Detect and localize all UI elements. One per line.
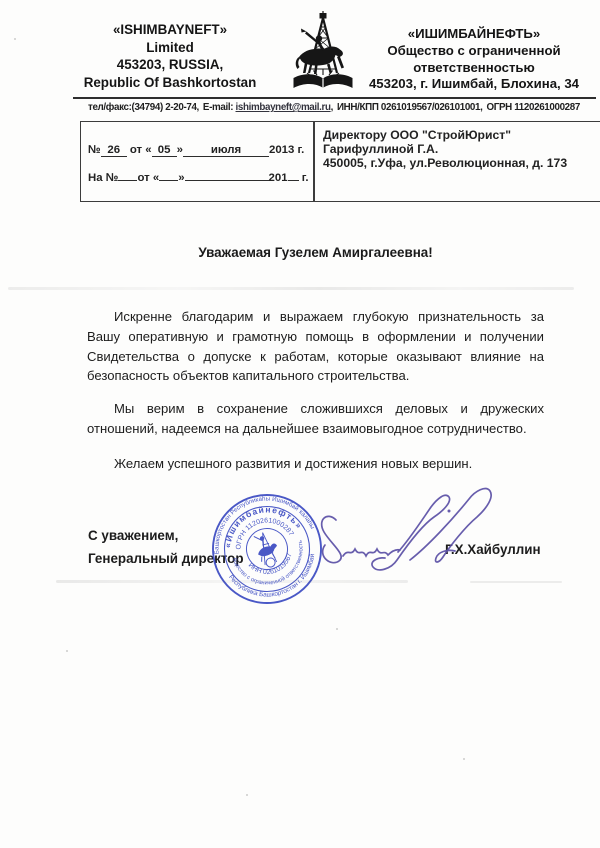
reply-month-blank (185, 180, 269, 181)
reference-requisites-box: №26 от «05»июля2013 г. На №от «»201 г. Д… (80, 121, 600, 202)
email-comma: , (331, 102, 333, 113)
email-link[interactable]: ishimbayneft@mail.ru (236, 102, 331, 113)
company-type-en: Limited (68, 39, 272, 57)
scan-smudge-artifact (470, 581, 562, 583)
scanned-letter-page: «ISHIMBAYNEFT» Limited 453203, RUSSIA, R… (0, 0, 600, 848)
scan-speckle (336, 628, 338, 630)
stamp-center-horseman-icon (253, 530, 282, 570)
incoming-number-line: На №от «»201 г. (88, 172, 309, 184)
paragraph-wishes: Желаем успешного развития и достижения н… (87, 454, 544, 474)
reply-close-quote: » (178, 172, 184, 184)
email-label: E-mail: (203, 102, 233, 113)
paragraph-gratitude: Искренне благодарим и выражаем глубокую … (87, 307, 544, 386)
scan-speckle (463, 758, 465, 760)
company-region-en: Republic Of Bashkortostan (68, 74, 272, 92)
letterhead-russian: «ИШИМБАЙНЕФТЬ» Общество с ограниченной о… (352, 26, 596, 93)
telfax-value: тел/факс:(34794) 2-20-74, (88, 102, 199, 113)
reply-year-blank (288, 180, 299, 181)
letter-body: Искренне благодарим и выражаем глубокую … (87, 307, 544, 487)
letterhead-english: «ISHIMBAYNEFT» Limited 453203, RUSSIA, R… (68, 21, 272, 91)
ogrn-value: ОГРН 1120261000287 (486, 102, 580, 113)
addressee-position: Директору ООО "СтройЮрист" (323, 129, 595, 143)
outgoing-number-line: №26 от «05»июля2013 г. (88, 144, 304, 157)
addressee-name: Гарифуллиной Г.А. (323, 143, 595, 157)
letterhead-divider-rule (73, 97, 596, 99)
outgoing-day-value: 05 (152, 144, 177, 157)
scan-speckle (14, 38, 16, 40)
company-address-ru: 453203, г. Ишимбай, Блохина, 34 (352, 76, 596, 93)
paragraph-relations: Мы верим в сохранение сложившихся деловы… (87, 399, 544, 439)
outgoing-month-value: июля (183, 144, 269, 157)
reply-day-blank (159, 180, 178, 181)
inn-kpp-value: ИНН/КПП 0261019567/026101001, (337, 102, 483, 113)
scan-smudge-artifact (56, 580, 408, 583)
reply-prefix: На № (88, 172, 118, 184)
addressee-address: 450005, г.Уфа, ул.Революционная, д. 173 (323, 157, 595, 171)
reply-year-suffix: г. (302, 172, 309, 184)
reply-from-label: от « (137, 172, 159, 184)
handwritten-signature-icon (315, 482, 515, 577)
scan-speckle (66, 650, 68, 652)
company-type-ru-1: Общество с ограниченной (352, 43, 596, 60)
reference-box-divider (313, 122, 315, 201)
from-label: от « (130, 144, 152, 156)
company-zip-en: 453203, RUSSIA, (68, 56, 272, 74)
open-book-base (294, 70, 353, 89)
scan-speckle (246, 794, 248, 796)
addressee-block: Директору ООО "СтройЮрист" Гарифуллиной … (323, 129, 595, 170)
reply-year-prefix: 201 (269, 172, 288, 184)
salutation-line: Уважаемая Гузелем Амиргалеевна! (87, 245, 544, 260)
scan-smudge-artifact (8, 287, 574, 290)
contact-info-line: тел/факс:(34794) 2-20-74, E-mail: ishimb… (70, 102, 598, 113)
outgoing-number-value: 26 (101, 144, 127, 157)
outgoing-year-value: 2013 г. (269, 144, 304, 156)
company-logo-derrick-horseman-icon (286, 11, 360, 97)
company-name-ru: «ИШИМБАЙНЕФТЬ» (352, 26, 596, 43)
number-sign: № (88, 144, 101, 156)
reply-number-blank (118, 180, 137, 181)
company-type-ru-2: ответственностью (352, 60, 596, 77)
company-name-en: «ISHIMBAYNEFT» (68, 21, 272, 39)
